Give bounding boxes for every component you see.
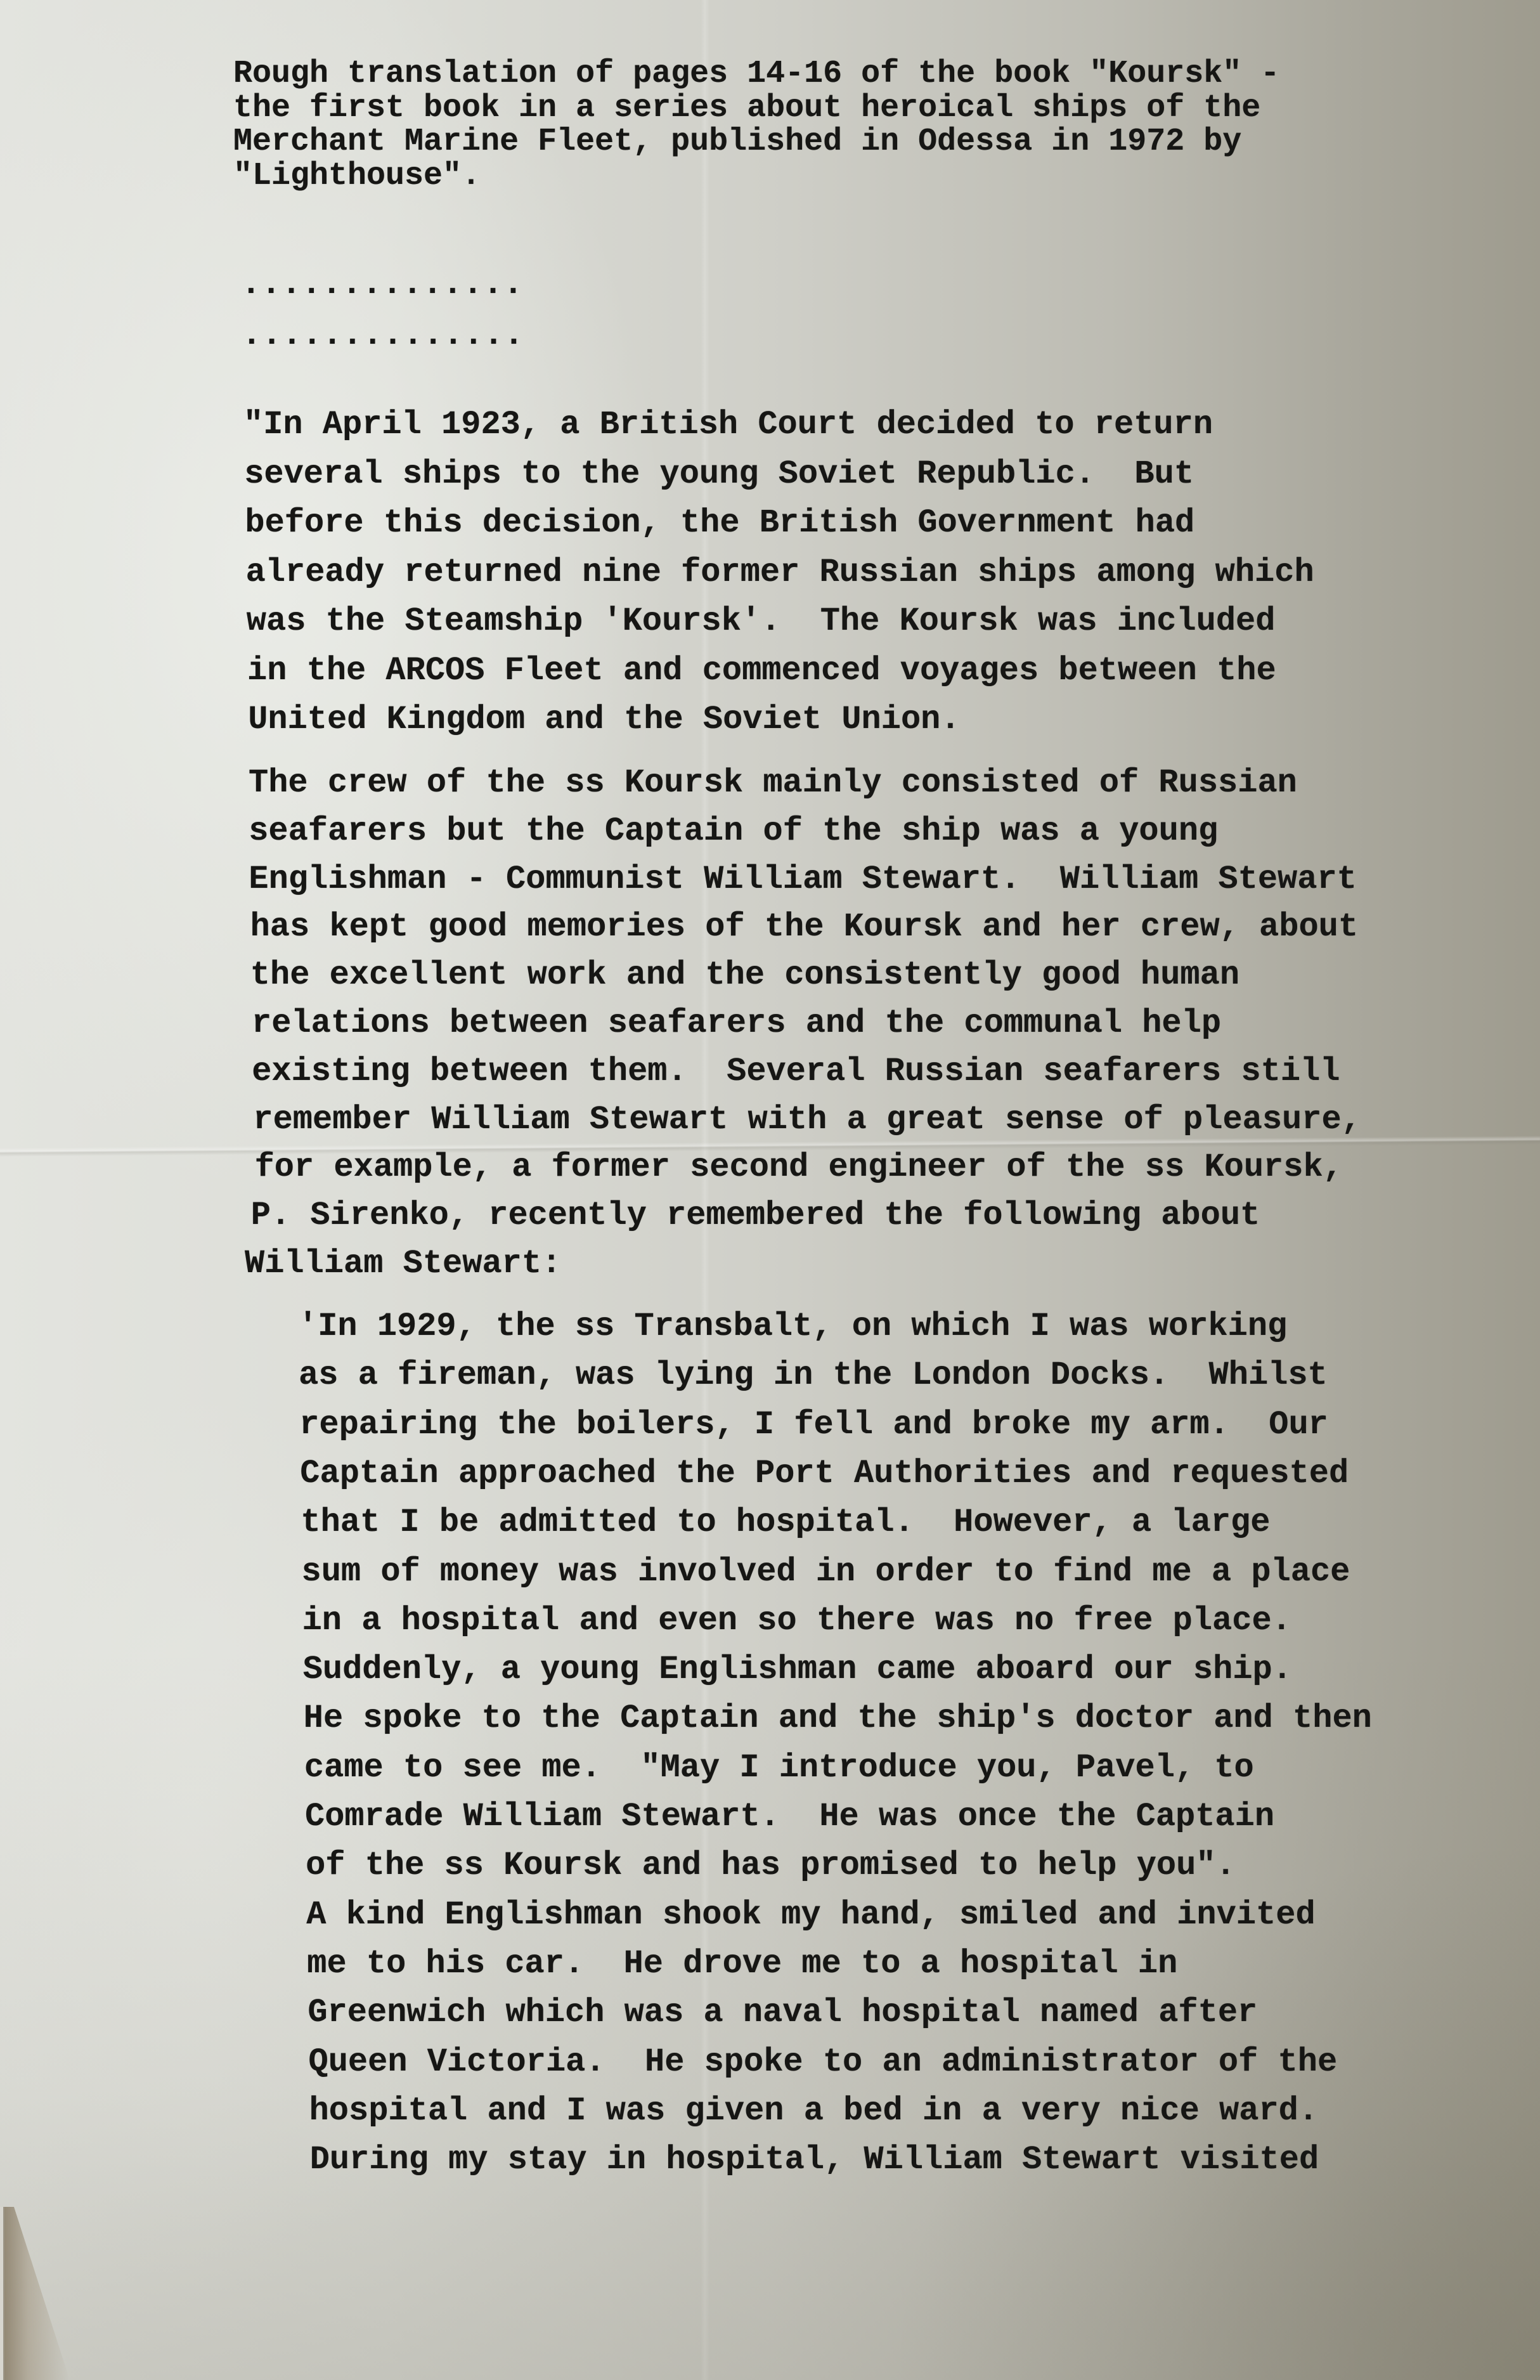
text-line: has kept good memories of the Koursk and… (250, 908, 1358, 946)
text-line: United Kingdom and the Soviet Union. (248, 701, 960, 738)
text-line: several ships to the young Soviet Republ… (244, 455, 1194, 493)
text-line: Queen Victoria. He spoke to an administr… (309, 2043, 1338, 2081)
text-line: me to his car. He drove me to a hospital… (307, 1945, 1177, 1982)
text-line: Englishman - Communist William Stewart. … (249, 861, 1356, 898)
text-line: "In April 1923, a British Court decided … (243, 406, 1213, 443)
document-body: "In April 1923, a British Court decided … (0, 0, 12, 80)
text-line: of the ss Koursk and has promised to hel… (306, 1847, 1236, 1884)
text-line: in a hospital and even so there was no f… (302, 1602, 1291, 1639)
text-line: During my stay in hospital, William Stew… (310, 2141, 1319, 2178)
text-line: was the Steamship 'Koursk'. The Koursk w… (247, 602, 1276, 640)
text-line: the excellent work and the consistently … (250, 956, 1239, 994)
text-line: the first book in a series about heroica… (233, 90, 1260, 126)
text-line: Comrade William Stewart. He was once the… (305, 1798, 1274, 1835)
text-line: Suddenly, a young Englishman came aboard… (303, 1651, 1292, 1688)
text-line: seafarers but the Captain of the ship wa… (249, 812, 1218, 850)
text-line: repairing the boilers, I fell and broke … (299, 1406, 1328, 1443)
text-line: Greenwich which was a naval hospital nam… (307, 1994, 1257, 2031)
text-line: in the ARCOS Fleet and commenced voyages… (247, 652, 1276, 689)
text-line: Merchant Marine Fleet, published in Odes… (233, 124, 1241, 160)
text-line: sum of money was involved in order to fi… (302, 1553, 1350, 1590)
text-line: William Stewart: (245, 1245, 561, 1282)
text-line: hospital and I was given a bed in a very… (309, 2092, 1318, 2130)
text-line: P. Sirenko, recently remembered the foll… (251, 1197, 1260, 1234)
text-line: Rough translation of pages 14-16 of the … (233, 56, 1279, 92)
text-line: before this decision, the British Govern… (245, 504, 1194, 542)
text-line: relations between seafarers and the comm… (252, 1005, 1221, 1042)
text-line: 'In 1929, the ss Transbalt, on which I w… (298, 1308, 1287, 1345)
text-line: The crew of the ss Koursk mainly consist… (249, 764, 1297, 802)
text-line: .............. (241, 265, 523, 303)
text-line: existing between them. Several Russian s… (252, 1053, 1340, 1090)
text-line: .............. (242, 316, 524, 354)
text-line: He spoke to the Captain and the ship's d… (304, 1700, 1372, 1737)
text-line: came to see me. "May I introduce you, Pa… (304, 1749, 1254, 1786)
text-line: Captain approached the Port Authorities … (300, 1455, 1349, 1492)
text-line: as a fireman, was lying in the London Do… (299, 1356, 1328, 1394)
text-line: remember William Stewart with a great se… (253, 1101, 1361, 1138)
page-edge (0, 2207, 4, 2380)
text-line: that I be admitted to hospital. However,… (301, 1504, 1270, 1541)
text-line: A kind Englishman shook my hand, smiled … (306, 1896, 1315, 1934)
text-line: for example, a former second engineer of… (255, 1148, 1343, 1186)
text-line: "Lighthouse". (233, 158, 481, 194)
text-line: already returned nine former Russian shi… (246, 554, 1314, 591)
